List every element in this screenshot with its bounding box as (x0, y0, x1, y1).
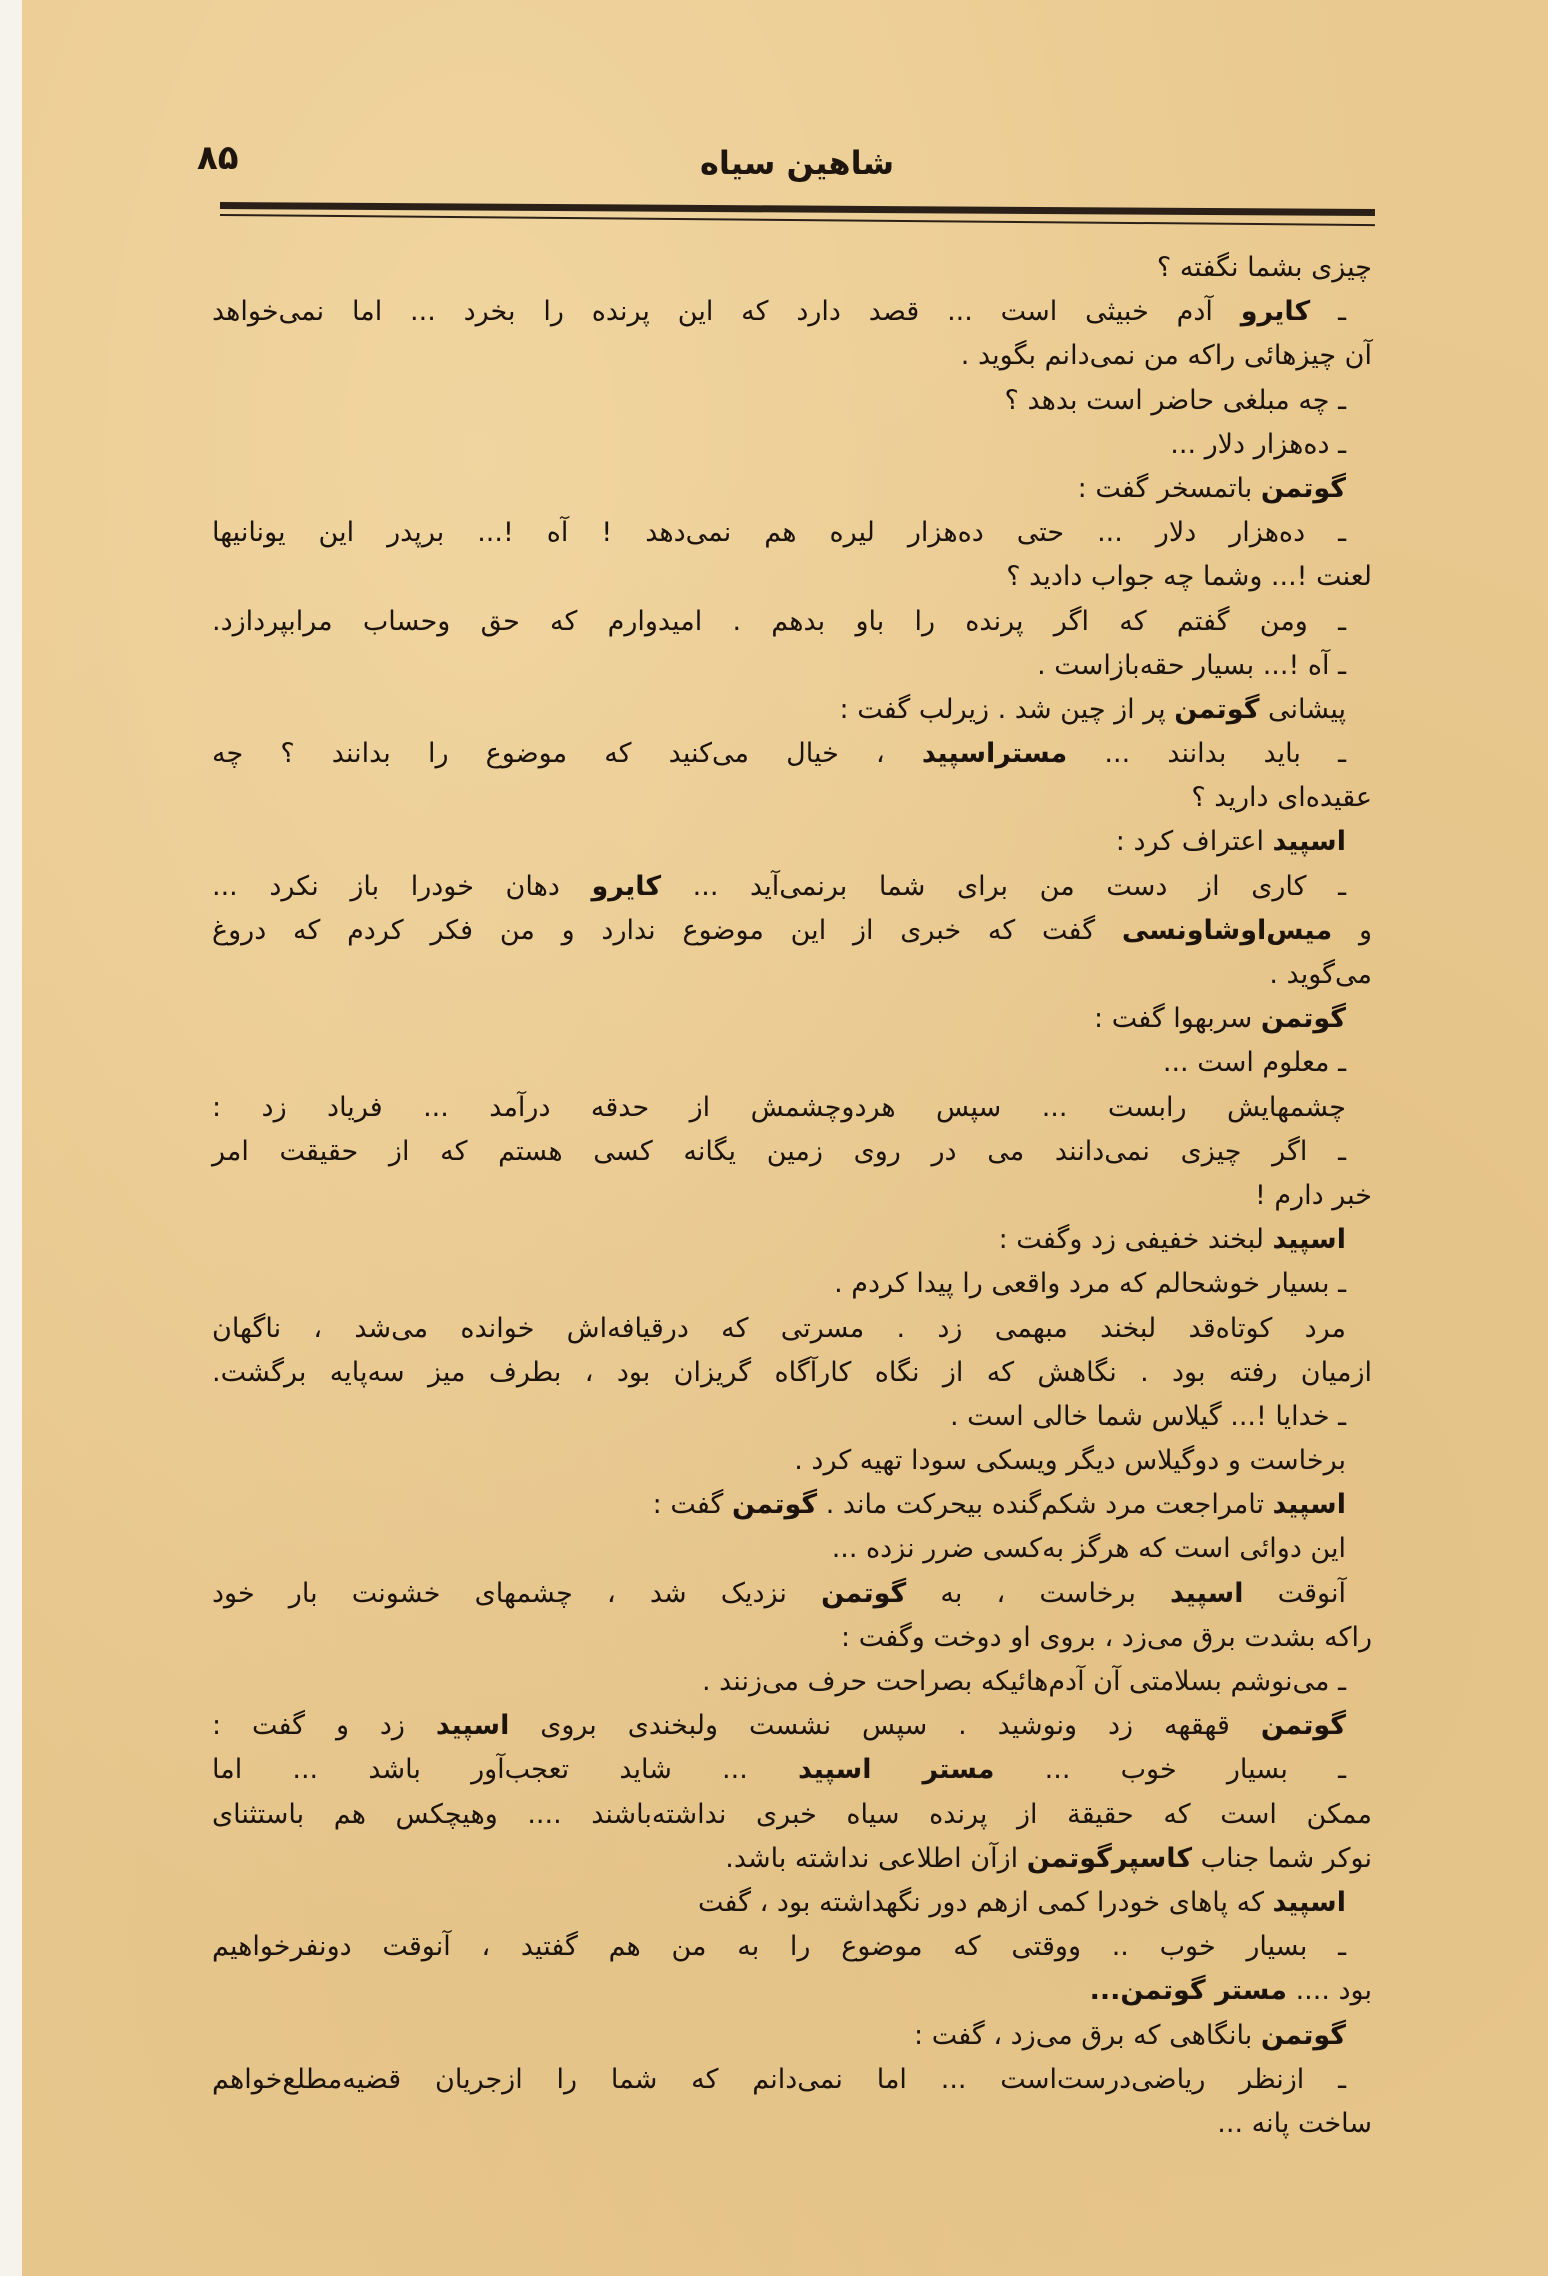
text-line: می‌گوید . (212, 953, 1372, 997)
text-run: بود .... (1287, 1975, 1372, 2006)
text-run: برخاست ، به (906, 1578, 1170, 1609)
text-line: ـ کاری از دست من برای شما برنمی‌آید ... … (212, 865, 1372, 909)
text-run: تامراجعت مرد شکم‌گنده بیحرکت ماند . (817, 1489, 1272, 1520)
header-rule-thin (220, 214, 1375, 226)
text-run: عقیده‌ای دارید ؟ (1191, 782, 1372, 813)
text-line: گوتمن قهقهه زد ونوشید . سپس نشست ولبخندی… (212, 1704, 1372, 1748)
header-rule-thick (220, 202, 1375, 216)
text-run: زد و گفت : (212, 1710, 436, 1741)
text-run: این دوائی است که هرگز به‌کسی ضرر نزده ..… (832, 1533, 1346, 1564)
text-run: ـ می‌نوشم بسلامتی آن آدم‌هائیکه بصراحت ح… (702, 1666, 1346, 1697)
text-line: خبر دارم ! (212, 1174, 1372, 1218)
text-line: اسپید لبخند خفیفی زد وگفت : (212, 1218, 1372, 1262)
text-run: ـ ازنظر ریاضی‌درست‌است ... اما نمی‌دانم … (212, 2064, 1346, 2095)
text-run: ـ چه مبلغی حاضر است بدهد ؟ (1005, 385, 1346, 416)
text-run: می‌گوید . (1269, 959, 1372, 990)
character-name: گوتمن (1261, 2020, 1346, 2051)
scanned-page: ۸۵ شاهین سیاه چیزی بشما نگفته ؟ـ کایرو آ… (22, 0, 1548, 2276)
text-line: ـ بسیار خوشحالم که مرد واقعی را پیدا کرد… (212, 1262, 1372, 1306)
character-name: گوتمن (1261, 1710, 1346, 1741)
character-name: مستر گوتمن... (1090, 1975, 1287, 2006)
text-run: ـ آه !... بسیار حقه‌بازاست . (1037, 650, 1346, 681)
text-line: ـ خدایا !... گیلاس شما خالی است . (212, 1395, 1372, 1439)
text-run: نزدیک شد ، چشمهای خشونت بار خود (212, 1578, 821, 1609)
text-run: ـ کاری از دست من برای شما برنمی‌آید ... (661, 871, 1346, 902)
text-run: ـ (1310, 296, 1346, 327)
text-run: چیزی بشما نگفته ؟ (1157, 252, 1372, 283)
text-line: ـ ده‌هزار دلار ... (212, 423, 1372, 467)
text-run: لعنت !... وشما چه جواب دادید ؟ (1006, 561, 1372, 592)
text-run: ، خیال می‌کنید که موضوع را بدانند ؟ چه (212, 738, 922, 769)
text-run: ـ ده‌هزار دلار ... (1170, 429, 1346, 460)
character-name: اسپید (1273, 826, 1346, 857)
text-run: لبخند خفیفی زد وگفت : (999, 1224, 1273, 1255)
text-run: ـ اگر چیزی نمی‌دانند می در روی زمین یگان… (212, 1136, 1346, 1167)
text-run: آن چیزهائی راکه من نمی‌دانم بگوید . (961, 340, 1372, 371)
character-name: کایرو (1241, 296, 1311, 327)
text-run: ـ بسیار خوشحالم که مرد واقعی را پیدا کرد… (834, 1268, 1346, 1299)
text-line: گوتمن بانگاهی که برق می‌زد ، گفت : (212, 2014, 1372, 2058)
character-name: کاسپرگوتمن (1027, 1843, 1192, 1874)
text-run: دهان خودرا باز نکرد ... (212, 871, 592, 902)
text-run: بانگاهی که برق می‌زد ، گفت : (914, 2020, 1261, 2051)
text-run: ساخت پانه ... (1217, 2108, 1372, 2139)
text-line: لعنت !... وشما چه جواب دادید ؟ (212, 555, 1372, 599)
text-line: ممکن است که حقیقة از پرنده سیاه خبری ندا… (212, 1793, 1372, 1837)
text-line: آنوقت اسپید برخاست ، به گوتمن نزدیک شد ،… (212, 1572, 1372, 1616)
text-run: گفت که خبری از این موضوع ندارد و من فکر … (212, 915, 1122, 946)
text-line: اسپید اعتراف کرد : (212, 820, 1372, 864)
character-name: مستراسپید (922, 738, 1067, 769)
text-line: گوتمن سربهوا گفت : (212, 997, 1372, 1041)
character-name: میس‌اوشاونسی (1122, 915, 1332, 946)
text-line: ـ ومن گفتم که اگر پرنده را باو بدهم . ام… (212, 600, 1372, 644)
text-run: راکه بشدت برق می‌زد ، بروی او دوخت وگفت … (841, 1622, 1372, 1653)
text-run: ـ معلوم است ... (1163, 1047, 1346, 1078)
running-title: شاهین سیاه (197, 144, 1397, 182)
character-name: اسپید (1273, 1887, 1346, 1918)
character-name: اسپید (1273, 1489, 1346, 1520)
text-line: برخاست و دوگیلاس دیگر ویسکی سودا تهیه کر… (212, 1439, 1372, 1483)
text-run: ازمیان رفته بود . نگاهش که از نگاه کارآگ… (212, 1357, 1372, 1388)
text-run: اعتراف کرد : (1116, 826, 1273, 857)
text-line: ـ اگر چیزی نمی‌دانند می در روی زمین یگان… (212, 1130, 1372, 1174)
page-header: ۸۵ شاهین سیاه (197, 128, 1397, 188)
text-run: چشمهایش رابست ... سپس هردوچشمش از حدقه د… (212, 1092, 1346, 1123)
text-line: اسپید تامراجعت مرد شکم‌گنده بیحرکت ماند … (212, 1483, 1372, 1527)
text-line: ـ ازنظر ریاضی‌درست‌است ... اما نمی‌دانم … (212, 2058, 1372, 2102)
text-line: مرد کوتاه‌قد لبخند مبهمی زد . مسرتی که د… (212, 1307, 1372, 1351)
text-run: که پاهای خودرا کمی ازهم دور نگهداشته بود… (698, 1887, 1273, 1918)
character-name: گوتمن (1261, 1003, 1346, 1034)
text-run: مرد کوتاه‌قد لبخند مبهمی زد . مسرتی که د… (212, 1313, 1346, 1344)
text-run: ازآن اطلاعی نداشته باشد. (725, 1843, 1026, 1874)
text-run: پر از چین شد . زیرلب گفت : (840, 694, 1175, 725)
text-run: آنوقت (1243, 1578, 1346, 1609)
text-line: ـ کایرو آدم خبیثی است ... قصد دارد که ای… (212, 290, 1372, 334)
text-line: ساخت پانه ... (212, 2102, 1372, 2146)
text-line: چیزی بشما نگفته ؟ (212, 246, 1372, 290)
text-line: آن چیزهائی راکه من نمی‌دانم بگوید . (212, 334, 1372, 378)
text-line: نوکر شما جناب کاسپرگوتمن ازآن اطلاعی ندا… (212, 1837, 1372, 1881)
text-line: این دوائی است که هرگز به‌کسی ضرر نزده ..… (212, 1527, 1372, 1571)
text-line: اسپید که پاهای خودرا کمی ازهم دور نگهداش… (212, 1881, 1372, 1925)
text-run: ـ بسیار خوب ... (994, 1754, 1346, 1785)
text-run: سربهوا گفت : (1094, 1003, 1261, 1034)
text-line: پیشانی گوتمن پر از چین شد . زیرلب گفت : (212, 688, 1372, 732)
text-line: ـ باید بدانند ... مستراسپید ، خیال می‌کن… (212, 732, 1372, 776)
character-name: گوتمن (1174, 694, 1259, 725)
text-line: ازمیان رفته بود . نگاهش که از نگاه کارآگ… (212, 1351, 1372, 1395)
text-line: ـ معلوم است ... (212, 1041, 1372, 1085)
text-run: ... شاید تعجب‌آور باشد ... اما (212, 1754, 798, 1785)
text-run: گفت : (653, 1489, 732, 1520)
text-line: عقیده‌ای دارید ؟ (212, 776, 1372, 820)
text-line: ـ می‌نوشم بسلامتی آن آدم‌هائیکه بصراحت ح… (212, 1660, 1372, 1704)
character-name: اسپید (436, 1710, 509, 1741)
text-line: گوتمن باتمسخر گفت : (212, 467, 1372, 511)
text-run: ـ ومن گفتم که اگر پرنده را باو بدهم . ام… (212, 606, 1346, 637)
text-run: خبر دارم ! (1255, 1180, 1372, 1211)
character-name: کایرو (592, 871, 662, 902)
text-run: ـ ده‌هزار دلار ... حتی ده‌هزار لیره هم ن… (212, 517, 1346, 548)
text-line: ـ آه !... بسیار حقه‌بازاست . (212, 644, 1372, 688)
text-line: راکه بشدت برق می‌زد ، بروی او دوخت وگفت … (212, 1616, 1372, 1660)
character-name: اسپید (1170, 1578, 1243, 1609)
text-run: ـ بسیار خوب .. ووقتی که موضوع را به من ه… (212, 1931, 1346, 1962)
text-run: آدم خبیثی است ... قصد دارد که این پرنده … (212, 296, 1241, 327)
text-line: و میس‌اوشاونسی گفت که خبری از این موضوع … (212, 909, 1372, 953)
text-run: ـ باید بدانند ... (1067, 738, 1346, 769)
text-run: نوکر شما جناب (1192, 1843, 1372, 1874)
character-name: گوتمن (821, 1578, 906, 1609)
text-line: ـ بسیار خوب .. ووقتی که موضوع را به من ه… (212, 1925, 1372, 1969)
text-run: برخاست و دوگیلاس دیگر ویسکی سودا تهیه کر… (794, 1445, 1346, 1476)
text-line: ـ ده‌هزار دلار ... حتی ده‌هزار لیره هم ن… (212, 511, 1372, 555)
text-line: ـ چه مبلغی حاضر است بدهد ؟ (212, 379, 1372, 423)
text-line: چشمهایش رابست ... سپس هردوچشمش از حدقه د… (212, 1086, 1372, 1130)
text-run: پیشانی (1259, 694, 1346, 725)
character-name: گوتمن (1261, 473, 1346, 504)
text-run: باتمسخر گفت : (1078, 473, 1261, 504)
character-name: مستر اسپید (798, 1754, 994, 1785)
text-run: ممکن است که حقیقة از پرنده سیاه خبری ندا… (212, 1799, 1372, 1830)
text-line: بود .... مستر گوتمن... (212, 1969, 1372, 2013)
body-text: چیزی بشما نگفته ؟ـ کایرو آدم خبیثی است .… (212, 246, 1372, 2146)
text-line: ـ بسیار خوب ... مستر اسپید ... شاید تعجب… (212, 1748, 1372, 1792)
character-name: اسپید (1273, 1224, 1346, 1255)
character-name: گوتمن (732, 1489, 817, 1520)
text-run: و (1332, 915, 1372, 946)
text-run: قهقهه زد ونوشید . سپس نشست ولبخندی بروی (509, 1710, 1261, 1741)
text-run: ـ خدایا !... گیلاس شما خالی است . (950, 1401, 1346, 1432)
